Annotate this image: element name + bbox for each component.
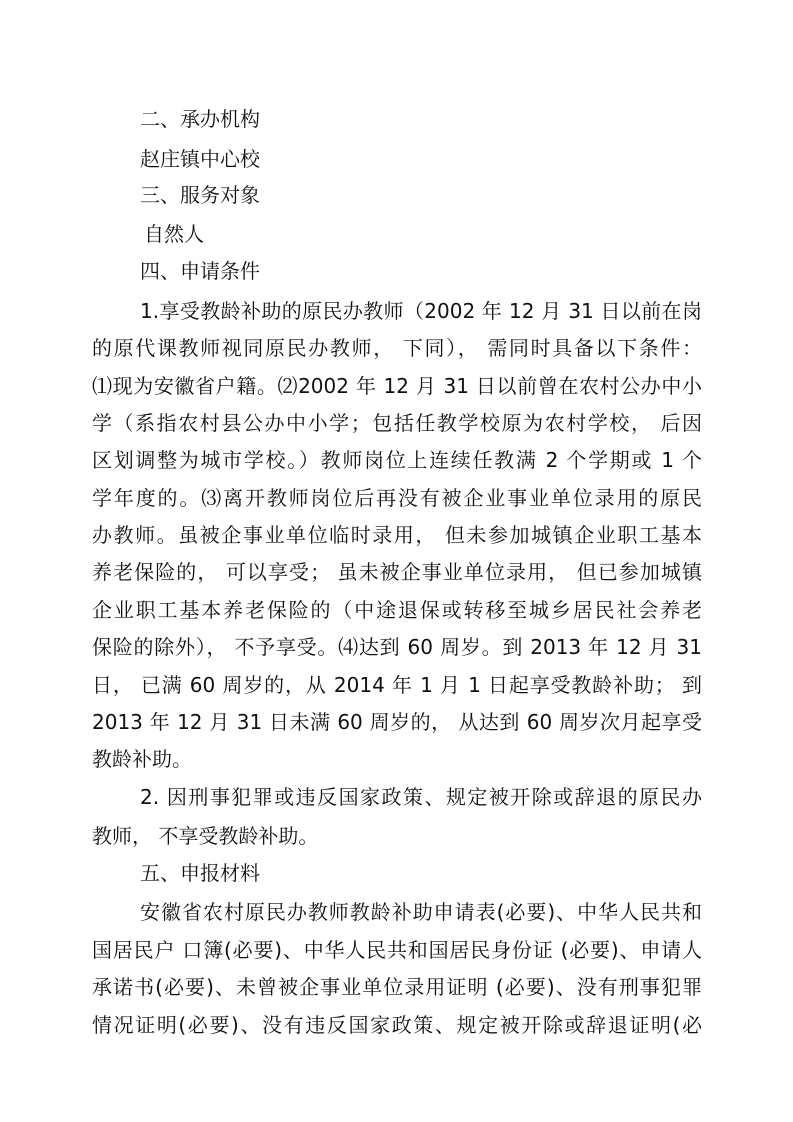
service-target-value: 自然人	[144, 221, 754, 247]
materials-line: 国居民户 口簿(必要)、中华人民共和国居民身份证 (必要)、申请人	[92, 937, 702, 963]
condition2-line: 教师， 不享受教龄补助。	[92, 823, 702, 849]
materials-line: 安徽省农村原民办教师教龄补助申请表(必要)、中华人民共和	[140, 899, 702, 925]
condition1-line: 教龄补助。	[92, 746, 702, 772]
document-page: 二、承办机构 赵庄镇中心校 三、服务对象 自然人 四、申请条件 1.享受教龄补助…	[0, 0, 793, 1122]
condition2-line: 2. 因刑事犯罪或违反国家政策、规定被开除或辞退的原民办	[140, 784, 702, 810]
condition1-line: 的原代课教师视同原民办教师， 下同）， 需同时具备以下条件：	[92, 335, 702, 361]
organizer-value: 赵庄镇中心校	[140, 146, 750, 172]
section-heading-materials: 五、申报材料	[140, 860, 750, 886]
condition1-line: ⑴现为安徽省户籍。⑵2002 年 12 月 31 日以前曾在农村公办中小	[92, 373, 702, 399]
condition1-line: 区划调整为城市学校。）教师岗位上连续任教满 2 个学期或 1 个	[92, 447, 702, 473]
condition1-line: 办教师。虽被企事业单位临时录用， 但未参加城镇企业职工基本	[92, 522, 702, 548]
condition1-line: 学年度的。⑶离开教师岗位后再没有被企业事业单位录用的原民	[92, 485, 702, 511]
condition1-line: 学（系指农村县公办中小学；包括任教学校原为农村学校， 后因	[92, 410, 702, 436]
condition1-line: 1.享受教龄补助的原民办教师（2002 年 12 月 31 日以前在岗	[140, 298, 702, 324]
condition1-line: 2013 年 12 月 31 日未满 60 周岁的， 从达到 60 周岁次月起享…	[92, 709, 702, 735]
section-heading-organizer: 二、承办机构	[140, 106, 750, 132]
section-heading-conditions: 四、申请条件	[140, 258, 750, 284]
section-heading-service-target: 三、服务对象	[140, 182, 750, 208]
materials-line: 承诺书(必要)、未曾被企事业单位录用证明 (必要)、没有刑事犯罪	[92, 974, 702, 1000]
condition1-line: 企业职工基本养老保险的（中途退保或转移至城乡居民社会养老	[92, 597, 702, 623]
condition1-line: 日， 已满 60 周岁的，从 2014 年 1 月 1 日起享受教龄补助； 到	[92, 672, 702, 698]
materials-line: 情况证明(必要)、没有违反国家政策、规定被开除或辞退证明(必	[92, 1012, 702, 1038]
condition1-line: 养老保险的， 可以享受； 虽未被企事业单位录用， 但已参加城镇	[92, 559, 702, 585]
condition1-line: 保险的除外）， 不予享受。⑷达到 60 周岁。到 2013 年 12 月 31	[92, 634, 702, 660]
